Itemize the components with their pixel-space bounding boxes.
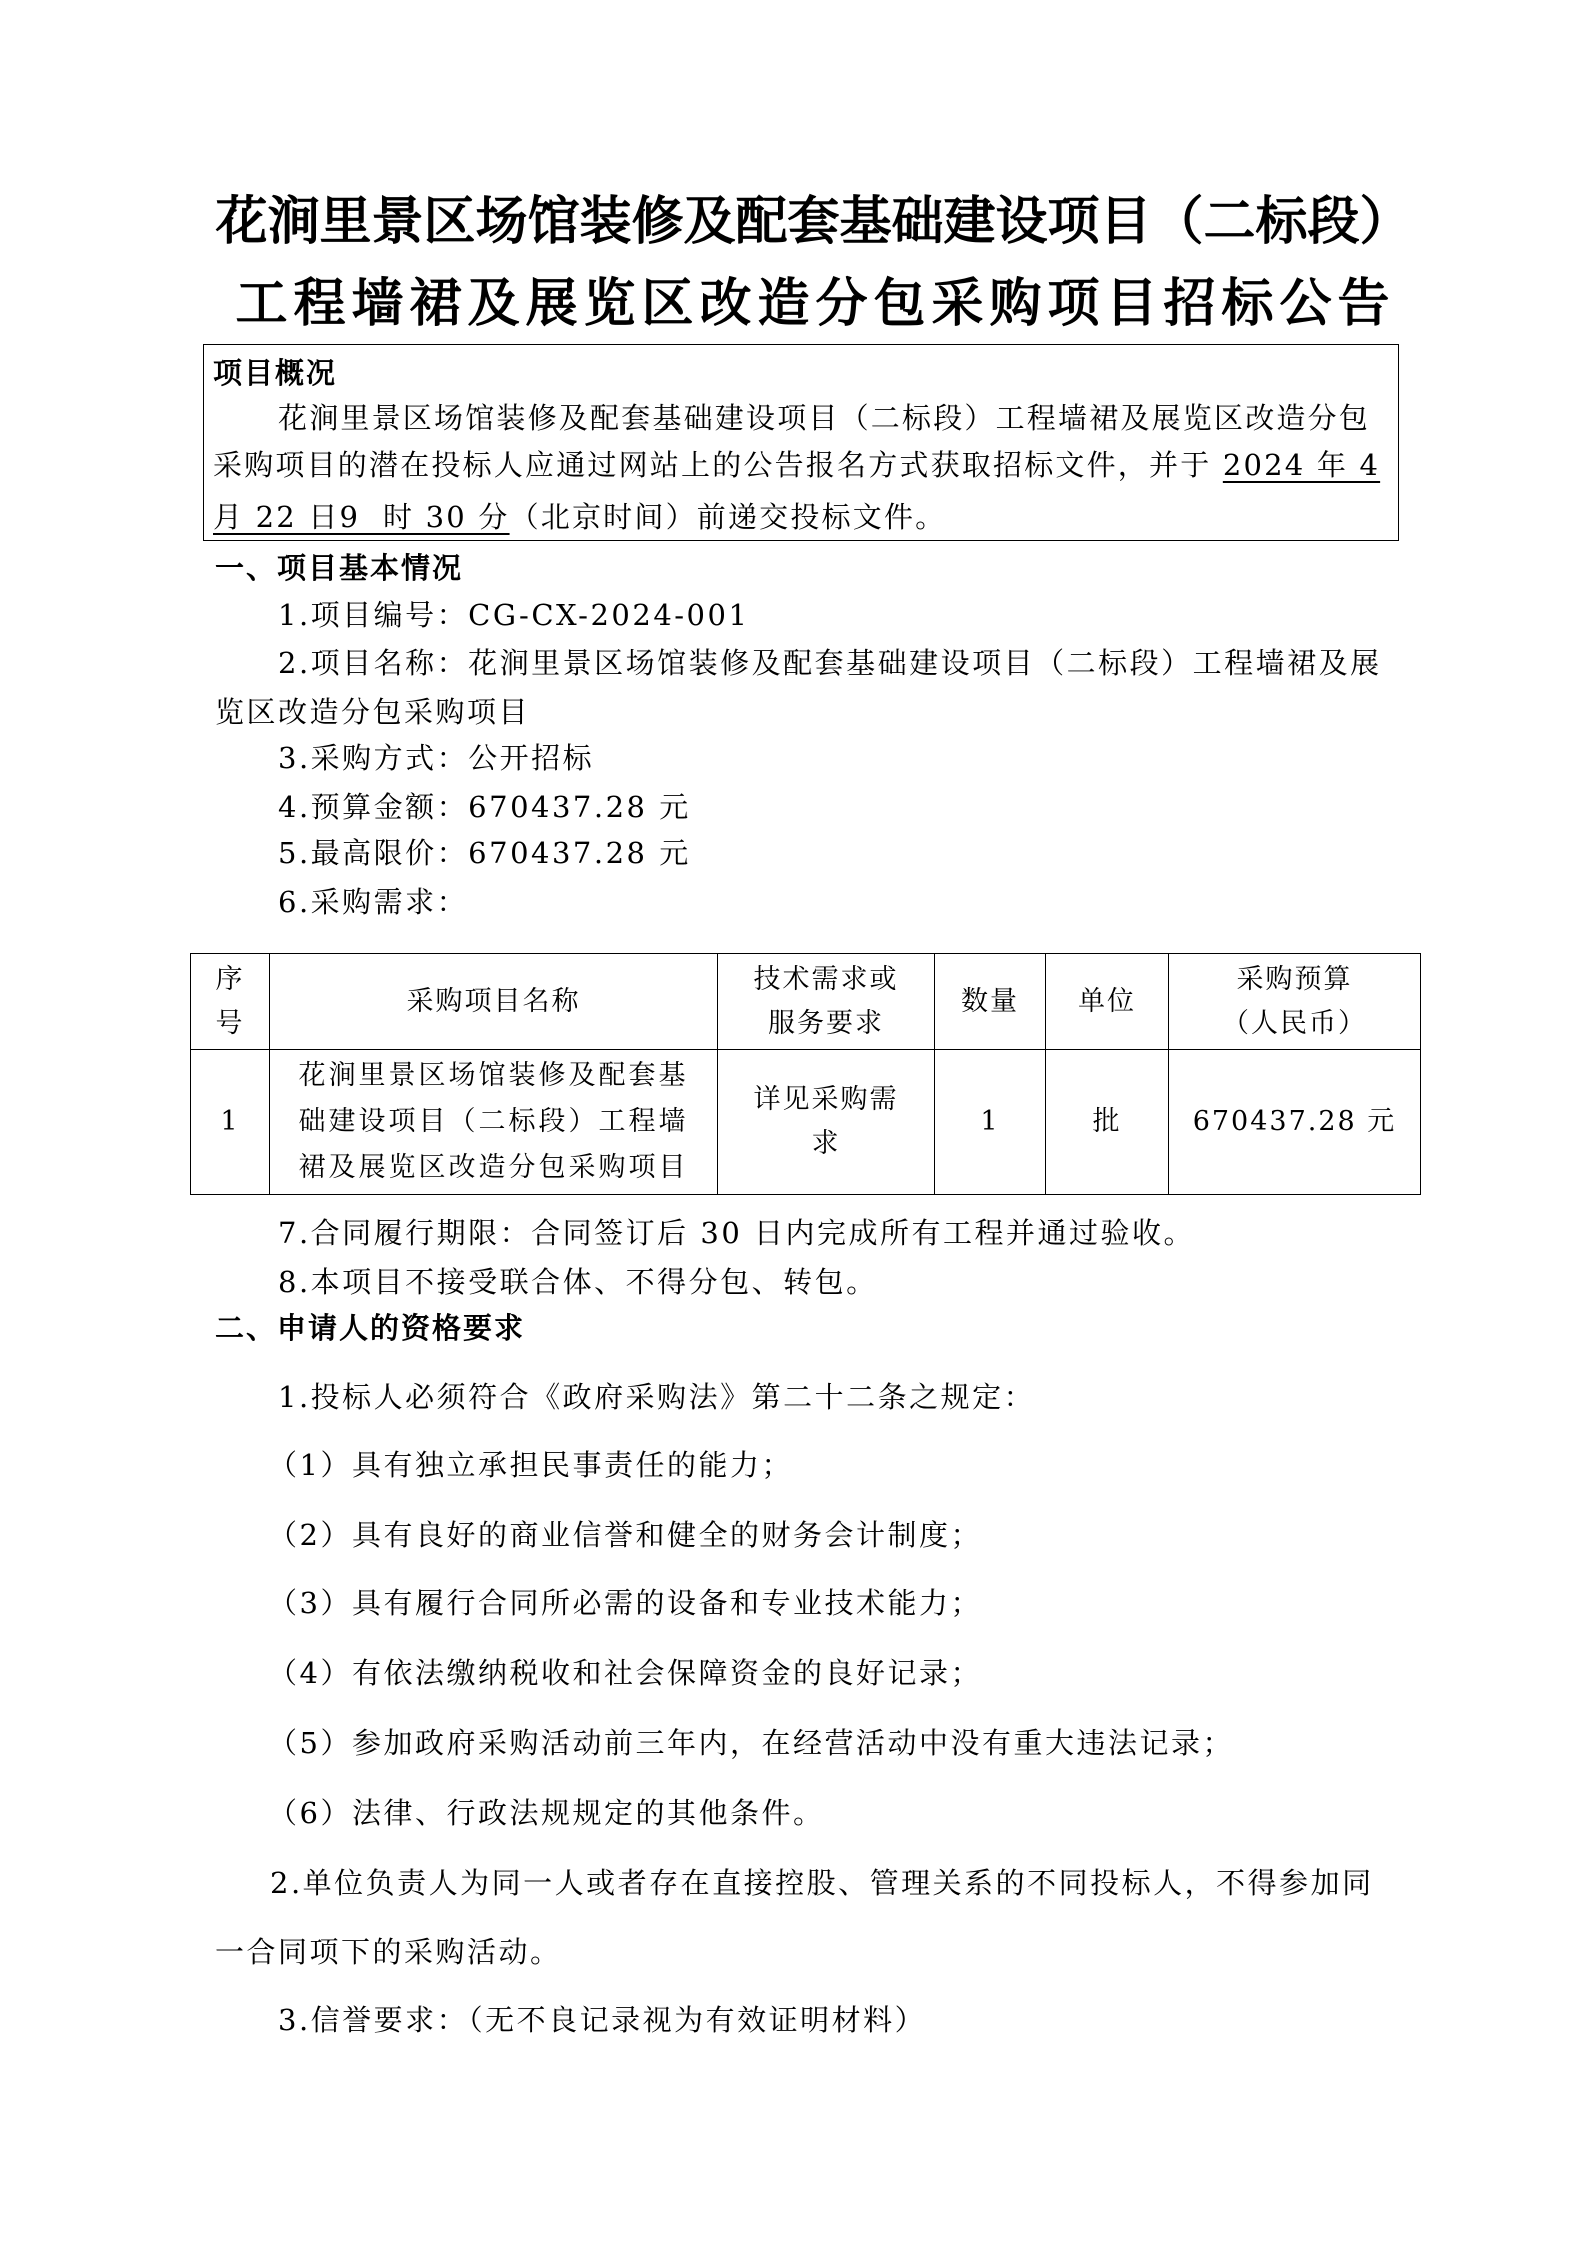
header-index: 序号 bbox=[191, 954, 270, 1050]
contract-period: 7.合同履行期限：合同签订后 30 日内完成所有工程并通过验收。 bbox=[278, 1213, 1195, 1253]
overview-text-end: （北京时间）前递交投标文件。 bbox=[510, 500, 947, 534]
cell-quantity: 1 bbox=[935, 1050, 1046, 1195]
overview-text: 采购项目的潜在投标人应通过网站上的公告报名方式获取招标文件，并于 bbox=[213, 448, 1223, 482]
qualification-item-1: 1.投标人必须符合《政府采购法》第二十二条之规定： bbox=[278, 1377, 1035, 1417]
section-1-heading: 一、项目基本情况 bbox=[215, 548, 463, 588]
overview-text-line-3: 月 22 日9 时 30 分（北京时间）前递交投标文件。 bbox=[213, 497, 946, 537]
procurement-method: 3.采购方式：公开招标 bbox=[278, 738, 594, 778]
project-name-line-1: 2.项目名称：花涧里景区场馆装修及配套基础建设项目（二标段）工程墙裙及展 bbox=[278, 643, 1382, 683]
no-consortium-note: 8.本项目不接受联合体、不得分包、转包。 bbox=[278, 1262, 878, 1302]
project-number: 1.项目编号：CG-CX-2024-001 bbox=[278, 595, 749, 635]
requirements-table: 序号 采购项目名称 技术需求或服务要求 数量 单位 采购预算（人民币） 1 花涧… bbox=[190, 953, 1421, 1195]
condition-6: （6）法律、行政法规规定的其他条件。 bbox=[268, 1793, 824, 1833]
header-item-name: 采购项目名称 bbox=[270, 954, 718, 1050]
document-title-line-1: 花涧里景区场馆装修及配套基础建设项目（二标段） bbox=[20, 192, 1587, 252]
header-unit: 单位 bbox=[1046, 954, 1169, 1050]
cell-budget: 670437.28 元 bbox=[1169, 1050, 1421, 1195]
condition-1: （1）具有独立承担民事责任的能力； bbox=[268, 1445, 793, 1485]
document-page: 花涧里景区场馆装修及配套基础建设项目（二标段） 工程墙裙及展览区改造分包采购项目… bbox=[0, 0, 1587, 2245]
cell-unit: 批 bbox=[1046, 1050, 1169, 1195]
project-name-line-2: 览区改造分包采购项目 bbox=[215, 692, 530, 732]
overview-text-line-1: 花涧里景区场馆装修及配套基础建设项目（二标段）工程墙裙及展览区改造分包 bbox=[278, 398, 1370, 438]
procurement-requirements-label: 6.采购需求： bbox=[278, 882, 468, 922]
condition-5: （5）参加政府采购活动前三年内，在经营活动中没有重大违法记录； bbox=[268, 1723, 1234, 1763]
table-header-row: 序号 采购项目名称 技术需求或服务要求 数量 单位 采购预算（人民币） bbox=[191, 954, 1421, 1050]
cell-item-name: 花涧里景区场馆装修及配套基 础建设项目（二标段）工程墙 裙及展览区改造分包采购项… bbox=[270, 1050, 718, 1195]
deadline-date-part-1: 2024 年 4 bbox=[1223, 448, 1380, 482]
budget-amount: 4.预算金额：670437.28 元 bbox=[278, 787, 691, 827]
overview-heading: 项目概况 bbox=[213, 353, 337, 393]
max-price: 5.最高限价：670437.28 元 bbox=[278, 833, 691, 873]
overview-text-line-2: 采购项目的潜在投标人应通过网站上的公告报名方式获取招标文件，并于 2024 年 … bbox=[213, 445, 1380, 485]
section-2-heading: 二、申请人的资格要求 bbox=[215, 1308, 525, 1348]
cell-requirements: 详见采购需 求 bbox=[718, 1050, 935, 1195]
header-requirements: 技术需求或服务要求 bbox=[718, 954, 935, 1050]
cell-index: 1 bbox=[191, 1050, 270, 1195]
table-row: 1 花涧里景区场馆装修及配套基 础建设项目（二标段）工程墙 裙及展览区改造分包采… bbox=[191, 1050, 1421, 1195]
qualification-item-2-line-1: 2.单位负责人为同一人或者存在直接控股、管理关系的不同投标人，不得参加同 bbox=[270, 1863, 1374, 1903]
header-quantity: 数量 bbox=[935, 954, 1046, 1050]
qualification-item-2-line-2: 一合同项下的采购活动。 bbox=[215, 1932, 562, 1972]
document-title-line-2: 工程墙裙及展览区改造分包采购项目招标公告 bbox=[22, 274, 1587, 334]
header-budget: 采购预算（人民币） bbox=[1169, 954, 1421, 1050]
condition-3: （3）具有履行合同所必需的设备和专业技术能力； bbox=[268, 1583, 982, 1623]
qualification-item-3: 3.信誉要求：（无不良记录视为有效证明材料） bbox=[278, 2000, 926, 2040]
condition-4: （4）有依法缴纳税收和社会保障资金的良好记录； bbox=[268, 1653, 982, 1693]
condition-2: （2）具有良好的商业信誉和健全的财务会计制度； bbox=[268, 1515, 982, 1555]
deadline-date-part-2: 月 22 日9 时 30 分 bbox=[213, 500, 510, 534]
